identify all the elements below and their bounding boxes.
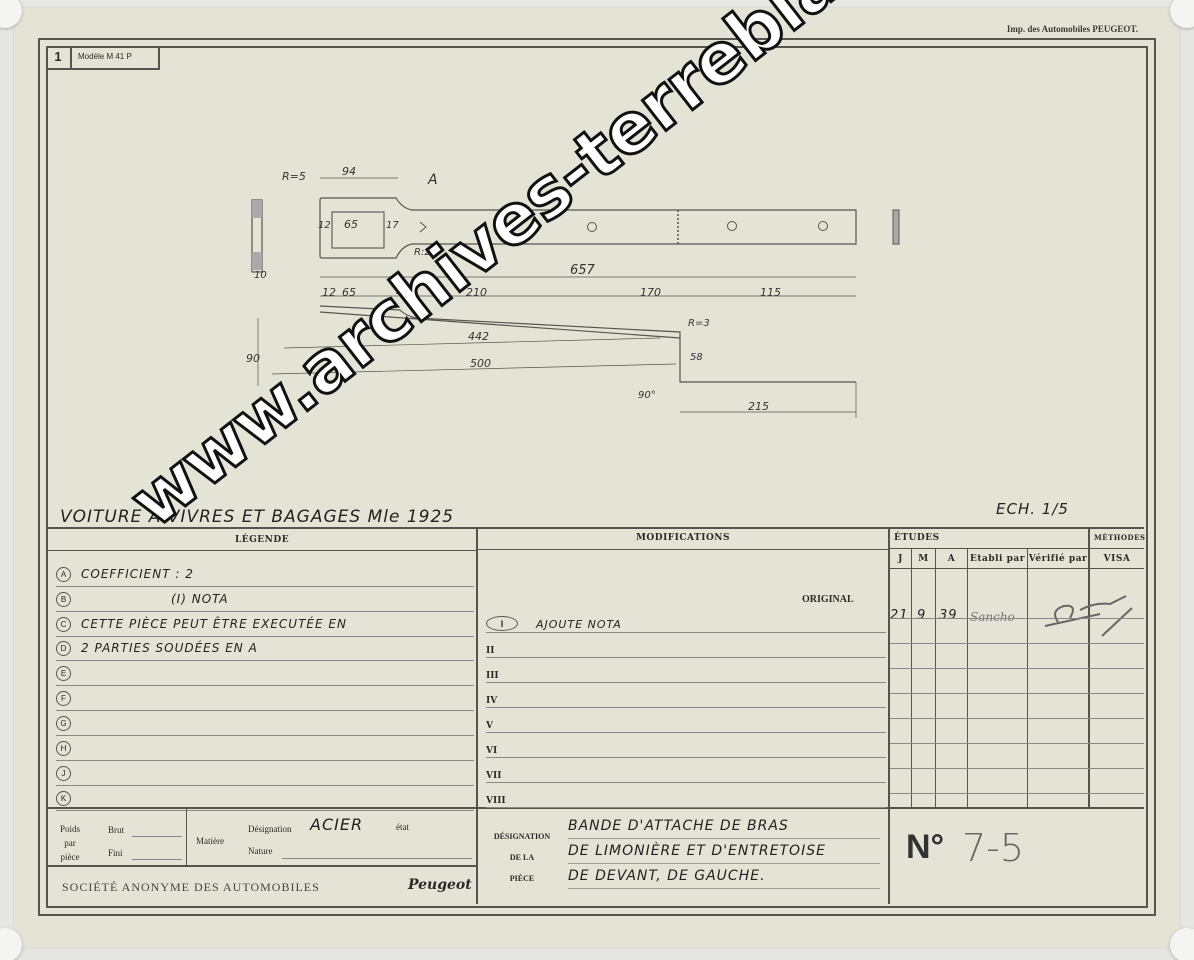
legend-row: G (56, 711, 474, 736)
scale-label: ECH. 1/5 (996, 500, 1069, 518)
svg-text:R=3: R=3 (688, 318, 710, 329)
modification-row: III (486, 658, 886, 683)
piece-designation-label: DÉSIGNATION DE LA PIÈCE (484, 826, 560, 889)
modification-row: IV (486, 683, 886, 708)
number-prefix: N° (906, 828, 944, 867)
svg-text:17: 17 (386, 220, 399, 231)
weight-material-divider (186, 809, 187, 865)
fini-field (132, 859, 182, 860)
legend-row: B(I) NOTA (56, 587, 474, 612)
col-verifie-par: Vérifié par (1028, 554, 1088, 564)
etudes-col-rule (890, 568, 1144, 569)
legend-row: E (56, 661, 474, 686)
etudes-grid (890, 594, 1144, 809)
modifications-header: MODIFICATIONS (478, 533, 888, 543)
svg-text:115: 115 (760, 286, 781, 299)
col-etabli-par: Etabli par (968, 554, 1027, 564)
material-value: ACIER (310, 815, 363, 834)
nature-label: Nature (248, 846, 273, 856)
legend-row: K (56, 786, 474, 811)
svg-text:12: 12 (322, 286, 336, 299)
svg-text:10: 10 (254, 270, 267, 281)
svg-text:215: 215 (748, 400, 769, 413)
company-rule (48, 865, 476, 867)
svg-text:58: 58 (690, 352, 703, 363)
legend-row: F (56, 686, 474, 711)
piece-designation: BANDE D'ATTACHE DE BRAS DE LIMONIÈRE ET … (568, 814, 880, 889)
title-rule (48, 527, 1144, 529)
designation-label: Désignation (248, 824, 292, 834)
divider-legend-mods (476, 527, 478, 904)
modifications-header-rule (478, 549, 888, 550)
brut-label: Brut (108, 825, 124, 835)
weight-label: Poids par pièce (60, 822, 80, 864)
svg-text:A: A (427, 172, 438, 188)
modification-row: IAJOUTE NOTA (486, 608, 886, 633)
etudes-header: ÉTUDES (894, 533, 940, 543)
col-m: M (912, 554, 935, 564)
svg-text:94: 94 (342, 165, 356, 178)
peugeot-logo: Peugeot (408, 877, 472, 893)
legend-row: J (56, 761, 474, 786)
col-j: J (890, 554, 911, 564)
modification-row: V (486, 708, 886, 733)
methodes-header: MÉTHODES (1094, 533, 1144, 542)
etudes-header-rule (890, 548, 1144, 549)
svg-text:65: 65 (344, 218, 358, 231)
legend-header-rule (48, 550, 476, 551)
matiere-label: Matière (196, 836, 224, 846)
svg-text:90: 90 (246, 352, 260, 365)
svg-text:442: 442 (468, 330, 489, 343)
svg-text:170: 170 (640, 286, 661, 299)
modification-row: VIII (486, 783, 886, 808)
original-label: ORIGINAL (802, 594, 854, 605)
legend-row: D2 PARTIES SOUDÉES EN A (56, 636, 474, 661)
modification-row: II (486, 633, 886, 658)
part-number: 7-5 (962, 826, 1024, 870)
col-visa: VISA (1090, 554, 1144, 564)
fini-label: Fini (108, 848, 123, 858)
legend-row: H (56, 736, 474, 761)
col-a: A (936, 554, 967, 564)
svg-text:657: 657 (570, 263, 596, 278)
legend-row: CCETTE PIÈCE PEUT ÊTRE EXECUTÉE EN (56, 612, 474, 637)
modification-row: VI (486, 733, 886, 758)
brut-field (132, 836, 182, 837)
legend-header: LÉGENDE (48, 535, 476, 545)
nature-field (282, 858, 472, 859)
svg-text:90°: 90° (638, 390, 656, 401)
legend-row: ACOEFFICIENT : 2 (56, 562, 474, 587)
vehicle-title: VOITURE A VIVRES ET BAGAGES Mle 1925 (60, 507, 454, 527)
company-name: SOCIÉTÉ ANONYME DES AUTOMOBILES (62, 880, 320, 895)
svg-text:R=5: R=5 (282, 170, 306, 183)
svg-text:500: 500 (470, 357, 491, 370)
etat-label: état (396, 822, 409, 832)
svg-text:12: 12 (318, 220, 331, 231)
modification-row: VII (486, 758, 886, 783)
